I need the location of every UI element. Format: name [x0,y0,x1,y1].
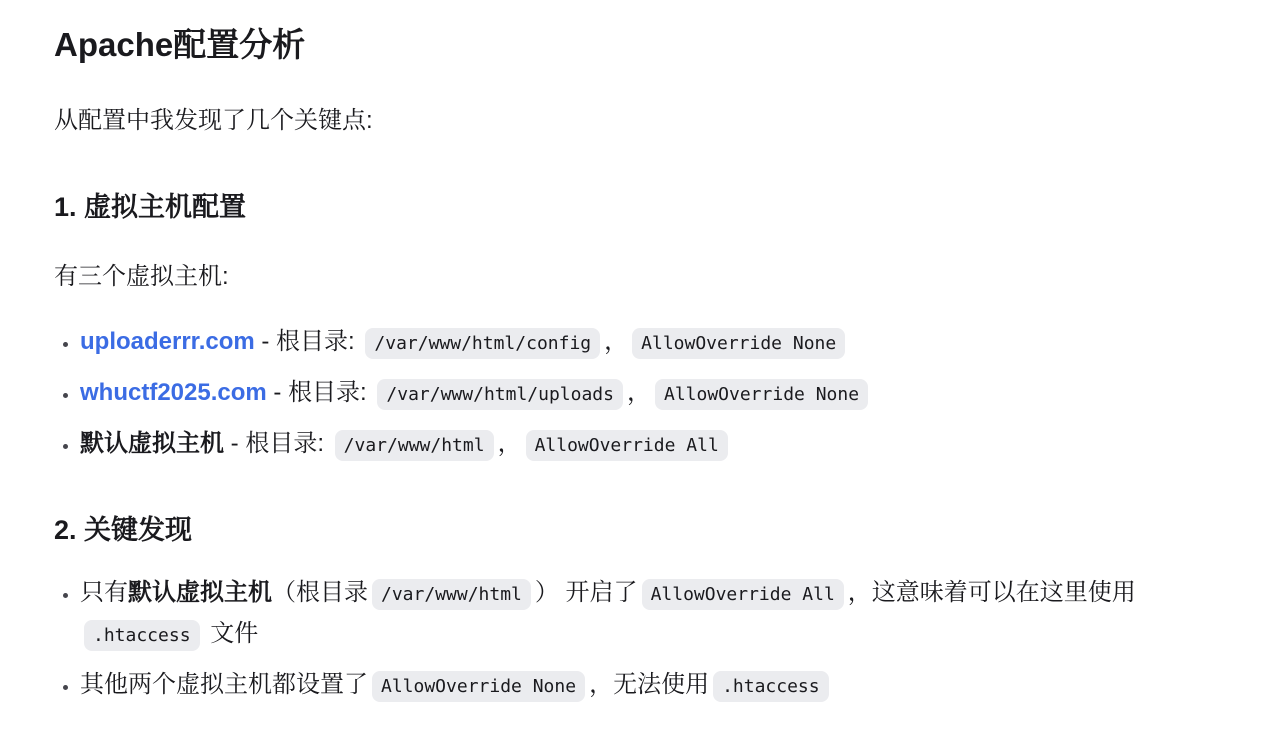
page-title: Apache配置分析 [54,24,1154,65]
key-findings-list: 只有默认虚拟主机（根目录/var/www/html） 开启了AllowOverr… [54,572,1154,705]
text-segment: ， [498,430,522,457]
list-item: 只有默认虚拟主机（根目录/var/www/html） 开启了AllowOverr… [80,572,1154,654]
inline-code: AllowOverride None [655,379,868,410]
text-segment: ，无法使用 [589,671,709,698]
inline-code: AllowOverride None [632,328,845,359]
list-item: uploaderrr.com - 根目录: /var/www/html/conf… [80,321,1154,362]
bold-text: 默认虚拟主机 [80,430,224,457]
text-segment: 其他两个虚拟主机都设置了 [80,671,368,698]
text-segment: 只有 [80,579,128,606]
text-segment: - 根目录: [255,328,362,355]
text-segment: ， [604,328,628,355]
section-1-heading: 1. 虚拟主机配置 [54,189,1154,225]
whuctf2025-link[interactable]: whuctf2025.com [80,379,267,406]
list-item: 其他两个虚拟主机都设置了AllowOverride None，无法使用.htac… [80,664,1154,705]
bold-text: 默认虚拟主机 [128,579,272,606]
section-virtual-hosts: 1. 虚拟主机配置 有三个虚拟主机: uploaderrr.com - 根目录:… [54,189,1154,464]
section-2-heading: 2. 关键发现 [54,512,1154,548]
inline-code: AllowOverride All [642,579,844,610]
text-segment: （根目录 [272,579,368,606]
document-content: Apache配置分析 从配置中我发现了几个关键点: 1. 虚拟主机配置 有三个虚… [54,24,1154,705]
inline-code: /var/www/html/config [365,328,600,359]
virtual-hosts-list: uploaderrr.com - 根目录: /var/www/html/conf… [54,321,1154,464]
uploaderrr-link[interactable]: uploaderrr.com [80,328,255,355]
text-segment: 文件 [204,620,259,647]
list-item: 默认虚拟主机 - 根目录: /var/www/html，AllowOverrid… [80,423,1154,464]
intro-paragraph: 从配置中我发现了几个关键点: [54,101,1154,141]
list-item: whuctf2025.com - 根目录: /var/www/html/uplo… [80,372,1154,413]
inline-code: AllowOverride None [372,671,585,702]
inline-code: AllowOverride All [526,430,728,461]
text-segment: ，这意味着可以在这里使用 [848,579,1136,606]
text-segment: - 根目录: [224,430,331,457]
section-key-findings: 2. 关键发现 只有默认虚拟主机（根目录/var/www/html） 开启了Al… [54,512,1154,705]
inline-code: /var/www/html [372,579,531,610]
section-1-lead: 有三个虚拟主机: [54,257,1154,297]
inline-code: /var/www/html [335,430,494,461]
inline-code: .htaccess [713,671,829,702]
text-segment: - 根目录: [267,379,374,406]
text-segment: ） 开启了 [535,579,638,606]
inline-code: .htaccess [84,620,200,651]
inline-code: /var/www/html/uploads [377,379,623,410]
text-segment: ， [627,379,651,406]
